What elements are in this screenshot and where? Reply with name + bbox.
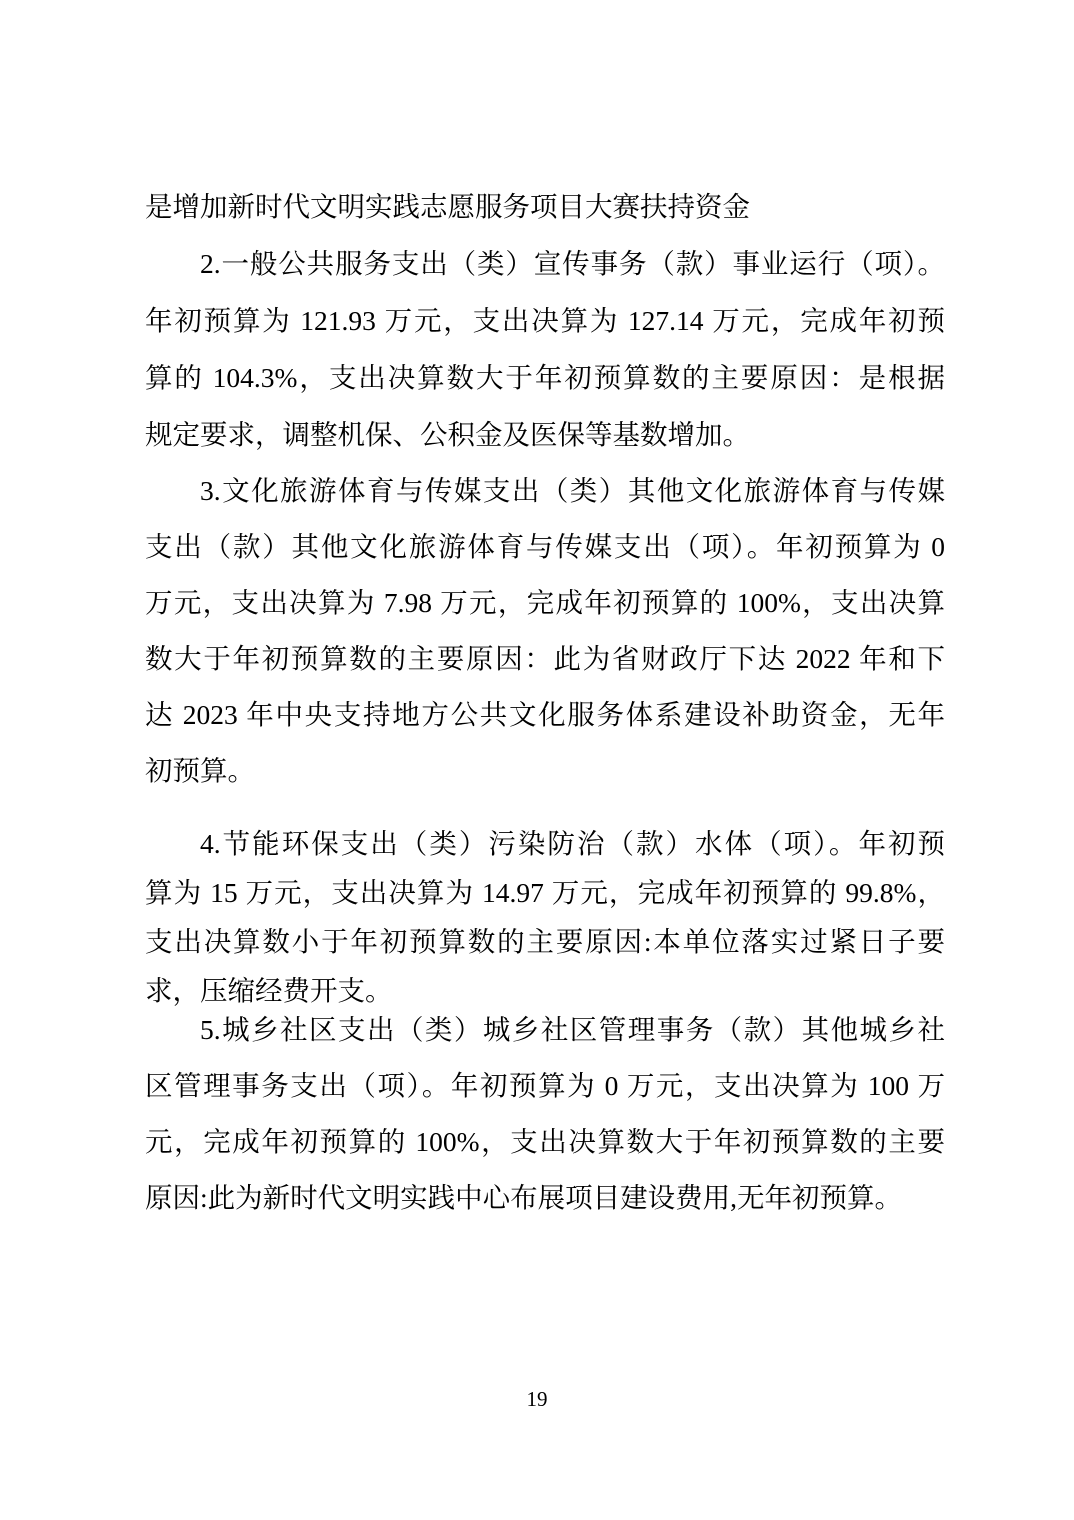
document-page: 是增加新时代文明实践志愿服务项目大赛扶持资金 2.一般公共服务支出（类）宣传事务… xyxy=(0,0,1074,1520)
text-line: 4.节能环保支出（类）污染防治（款）水体（项）。年初预 xyxy=(145,819,945,868)
text-line: 算的 104.3%，支出决算数大于年初预算数的主要原因：是根据 xyxy=(145,349,945,406)
text-line: 是增加新时代文明实践志愿服务项目大赛扶持资金 xyxy=(145,178,945,235)
text-line: 支出决算数小于年初预算数的主要原因:本单位落实过紧日子要 xyxy=(145,917,945,966)
paragraph-continuation: 是增加新时代文明实践志愿服务项目大赛扶持资金 xyxy=(145,178,945,235)
paragraph-item-3: 3.文化旅游体育与传媒支出（类）其他文化旅游体育与传媒支出（款）其他文化旅游体育… xyxy=(145,463,945,799)
text-line: 算为 15 万元，支出决算为 14.97 万元，完成年初预算的 99.8%， xyxy=(145,868,945,917)
text-line: 5.城乡社区支出（类）城乡社区管理事务（款）其他城乡社 xyxy=(145,1002,945,1058)
text-line: 数大于年初预算数的主要原因：此为省财政厅下达 2022 年和下 xyxy=(145,631,945,687)
text-line: 初预算。 xyxy=(145,743,945,799)
text-line: 规定要求，调整机保、公积金及医保等基数增加。 xyxy=(145,406,945,463)
document-body: 是增加新时代文明实践志愿服务项目大赛扶持资金 2.一般公共服务支出（类）宣传事务… xyxy=(0,0,1074,1520)
text-line: 元，完成年初预算的 100%，支出决算数大于年初预算数的主要 xyxy=(145,1114,945,1170)
paragraph-item-5: 5.城乡社区支出（类）城乡社区管理事务（款）其他城乡社区管理事务支出（项）。年初… xyxy=(145,1002,945,1226)
text-line: 达 2023 年中央支持地方公共文化服务体系建设补助资金，无年 xyxy=(145,687,945,743)
text-line: 年初预算为 121.93 万元，支出决算为 127.14 万元，完成年初预 xyxy=(145,292,945,349)
page-number: 19 xyxy=(0,1384,1074,1414)
text-line: 2.一般公共服务支出（类）宣传事务（款）事业运行（项）。 xyxy=(145,235,945,292)
text-line: 3.文化旅游体育与传媒支出（类）其他文化旅游体育与传媒 xyxy=(145,463,945,519)
text-line: 万元，支出决算为 7.98 万元，完成年初预算的 100%，支出决算 xyxy=(145,575,945,631)
paragraph-item-4: 4.节能环保支出（类）污染防治（款）水体（项）。年初预算为 15 万元，支出决算… xyxy=(145,819,945,1015)
text-line: 支出（款）其他文化旅游体育与传媒支出（项）。年初预算为 0 xyxy=(145,519,945,575)
paragraph-item-2: 2.一般公共服务支出（类）宣传事务（款）事业运行（项）。年初预算为 121.93… xyxy=(145,235,945,463)
text-line: 区管理事务支出（项）。年初预算为 0 万元，支出决算为 100 万 xyxy=(145,1058,945,1114)
text-line: 原因:此为新时代文明实践中心布展项目建设费用,无年初预算。 xyxy=(145,1170,945,1226)
